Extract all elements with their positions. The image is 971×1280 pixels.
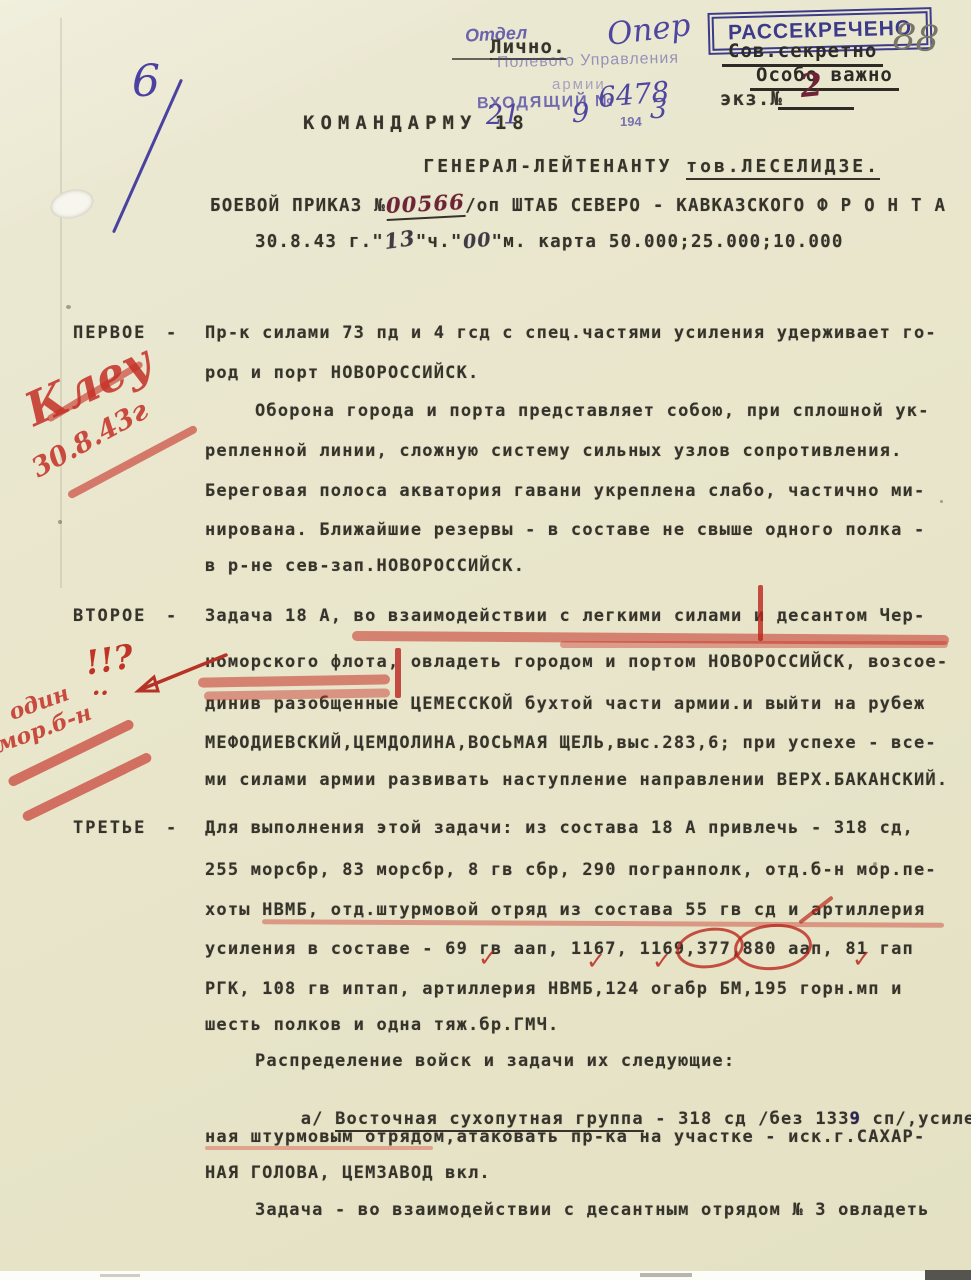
- red-underline-desant-2: [560, 641, 948, 648]
- group-a-mid: - 318 сд /без 133: [644, 1109, 850, 1129]
- checkmark-icon: ✓: [586, 947, 606, 975]
- date-part3: "м. карта 50.000;25.000;10.000: [491, 232, 843, 252]
- section-label-tretye: ТРЕТЬЕ: [73, 818, 146, 838]
- red-insert-bar-2: [395, 648, 401, 698]
- distribution-line: Распределение войск и задачи их следующи…: [255, 1051, 735, 1071]
- page-number-pencil: 88: [892, 16, 941, 60]
- task-line: Задача - во взаимодействии с десантным о…: [255, 1200, 930, 1220]
- group-a-line3: НАЯ ГОЛОВА, ЦЕМЗАВОД вкл.: [205, 1163, 491, 1183]
- date-part2: "ч.": [416, 232, 463, 252]
- field-admin-stamp: Полевого Управления: [497, 50, 679, 73]
- body-line: род и порт НОВОРОССИЙСК.: [205, 363, 479, 383]
- section-label-vtoroe: ВТОРОЕ: [73, 606, 146, 626]
- incoming-month: 9: [572, 98, 589, 129]
- scan-bottom-strip: [0, 1271, 971, 1280]
- red-arrow-icon: [128, 645, 233, 705]
- torn-hole: [47, 185, 96, 223]
- incoming-year-stamp: 194: [620, 114, 642, 129]
- red-underline-shturm-otryad: [262, 919, 944, 928]
- body-line: Береговая полоса акватория гавани укрепл…: [205, 481, 925, 501]
- section-dash: -: [166, 818, 177, 838]
- red-insert-bar-1: [758, 585, 763, 641]
- classification-secret: Сов.секретно: [722, 40, 883, 67]
- incoming-year-hand: 3: [650, 94, 667, 125]
- body-line: Для выполнения этой задачи: из состава 1…: [205, 818, 914, 838]
- fold-line: [60, 18, 62, 588]
- body-line: номорского флота, овладеть городом и пор…: [205, 652, 948, 672]
- red-underline-shturm-2: [205, 1146, 433, 1150]
- body-line: репленной линии, сложную систему сильных…: [205, 441, 903, 461]
- group-a-prefix: а/: [301, 1109, 335, 1129]
- body-line: шесть полков и одна тяж.бр.ГМЧ.: [205, 1015, 559, 1035]
- body-line: нирована. Ближайшие резервы - в составе …: [205, 520, 925, 540]
- body-line: в р-не сев-зап.НОВОРОССИЙСК.: [205, 556, 525, 576]
- body-line: РГК, 108 гв иптап, артиллерия НВМБ,124 о…: [205, 979, 903, 999]
- date-part1: 30.8.43 г.": [255, 232, 384, 252]
- document-page: РАССЕКРЕЧЕНО 88 Сов.секретно Особо важно…: [0, 0, 971, 1280]
- checkmark-icon: ✓: [852, 945, 872, 973]
- scan-bottom-mark: [925, 1270, 971, 1280]
- body-line: Пр-к силами 73 пд и 4 гсд с спец.частями…: [205, 323, 937, 343]
- folio-mark: 6: [132, 56, 160, 107]
- body-line: Оборона города и порта представляет собо…: [255, 401, 930, 421]
- checkmark-icon: ✓: [478, 944, 498, 972]
- paper-speck: [940, 500, 943, 503]
- section-dash: -: [166, 323, 177, 343]
- group-a-line2: ная штурмовым отрядом,атаковать пр-ка на…: [205, 1127, 925, 1147]
- lichno-dash: [452, 58, 492, 60]
- group-a-corrected-digit: 9: [850, 1109, 861, 1129]
- copy-number-label: экз.№: [720, 88, 783, 110]
- margin-query-marks: !!?: [82, 636, 136, 682]
- minute-handwritten: 00: [462, 229, 493, 254]
- classification-important: Особо важно: [750, 64, 899, 91]
- oper-handwriting: Опер: [605, 7, 692, 53]
- copy-number-value: 2: [798, 65, 824, 105]
- paper-speck: [66, 305, 71, 309]
- paper-speck: [58, 520, 62, 524]
- group-a-suffix: сп/,усилен-: [861, 1109, 971, 1129]
- body-line: МЕФОДИЕВСКИЙ,ЦЕМДОЛИНА,ВОСЬМАЯ ЩЕЛЬ,выс.…: [205, 733, 937, 753]
- section-dash: -: [166, 606, 177, 626]
- scan-bottom-mark: [640, 1273, 692, 1277]
- red-circle-880: [732, 921, 814, 974]
- body-line: 255 морсбр, 83 морсбр, 8 гв сбр, 290 пог…: [205, 860, 937, 880]
- addressee-line1: КОМАНДАРМУ 18: [303, 112, 530, 134]
- scan-bottom-mark: [100, 1274, 140, 1277]
- margin-query-dots: ··: [92, 678, 109, 707]
- checkmark-icon: ✓: [652, 947, 672, 975]
- body-line: Задача 18 А, во взаимодействии с легкими…: [205, 606, 925, 626]
- body-line: ми силами армии развивать наступление на…: [205, 770, 948, 790]
- order-date-line: 30.8.43 г."13"ч."00"м. карта 50.000;25.0…: [208, 207, 844, 272]
- hour-handwritten: 13: [382, 225, 417, 254]
